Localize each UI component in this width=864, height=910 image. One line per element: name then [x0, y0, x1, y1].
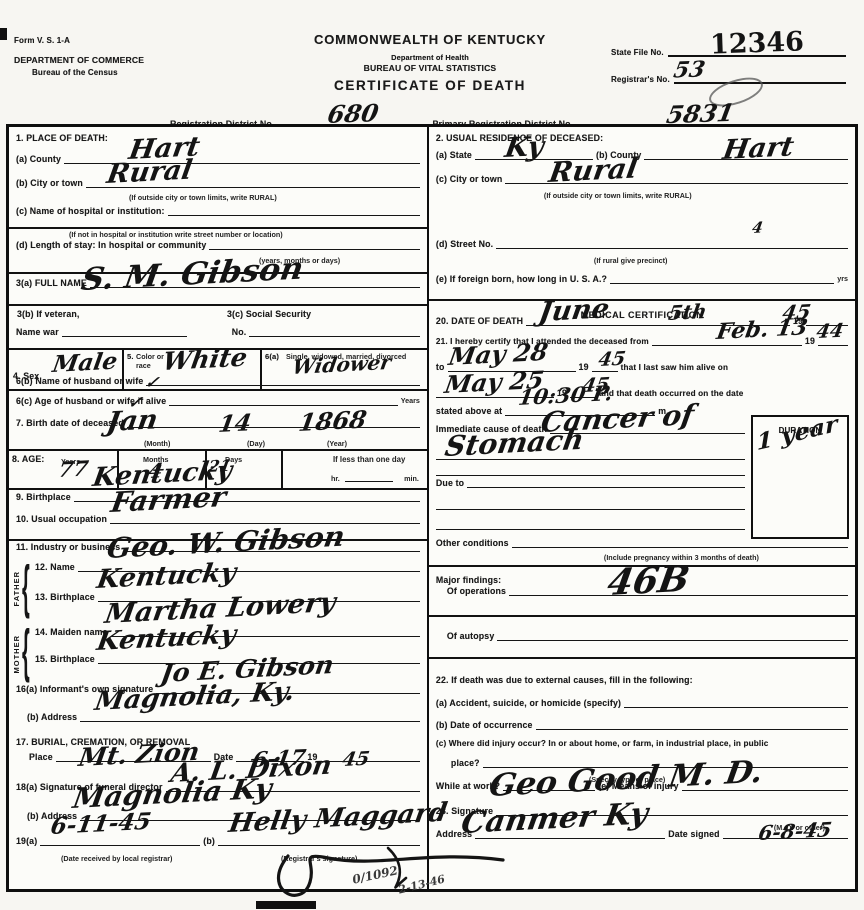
- accident-label: (a) Accident, suicide, or homicide (spec…: [436, 698, 621, 708]
- certify-text-3: and that death occurred on the date: [599, 389, 743, 398]
- department-of-health: Department of Health: [250, 53, 610, 62]
- hw-check-6b: ✓: [144, 374, 160, 391]
- hr-label: hr.: [331, 474, 340, 483]
- rural-note: (If outside city or town limits, write R…: [129, 193, 277, 202]
- husband-wife-label: 6(b) Name of husband or wife: [16, 376, 143, 386]
- duration-box: DURATION 1 year: [751, 415, 849, 539]
- street-no-label: (d) Street No.: [436, 239, 493, 249]
- informant-address-label: (b) Address: [27, 712, 77, 722]
- state-file-label: State File No.: [611, 48, 664, 57]
- row-2d: (d) Street No.: [436, 238, 848, 249]
- other-conditions-label: Other conditions: [436, 538, 509, 548]
- hw-operations-finding: 46B: [605, 561, 692, 601]
- hw-attended-from: Feb. 13: [715, 316, 809, 343]
- row-22b: (b) Date of occurrence: [436, 719, 848, 730]
- res-city-label: (c) City or town: [436, 174, 502, 184]
- row-22-title: 22. If death was due to external causes,…: [436, 675, 848, 685]
- burial-place-label: Place: [29, 752, 53, 762]
- color-race-no: 5.: [127, 352, 134, 361]
- foreign-born-label: (e) If foreign born, how long in U. S. A…: [436, 274, 607, 284]
- hw-res-county: Hart: [721, 133, 796, 164]
- hospital-label: (c) Name of hospital or institution:: [16, 206, 165, 216]
- row-16b: (b) Address: [27, 711, 420, 722]
- row-due: Due to: [436, 477, 745, 488]
- row-1b: (b) City or town: [16, 177, 420, 188]
- certify-to-label: to: [436, 362, 445, 372]
- row-due-2: [436, 499, 745, 510]
- mother-brace: {: [22, 621, 30, 688]
- row-1-title: 1. PLACE OF DEATH:: [16, 133, 420, 143]
- hw-death-month: June: [537, 295, 611, 326]
- hw-burial-year: 45: [341, 750, 371, 770]
- birthplace-label: 9. Birthplace: [16, 492, 71, 502]
- bureau-of-census: Bureau of the Census: [32, 68, 144, 77]
- death-certificate: Form V. S. 1-A DEPARTMENT OF COMMERCE Bu…: [0, 0, 864, 910]
- row19a-label: 19(a): [16, 836, 37, 846]
- hw-city: Rural: [105, 157, 194, 188]
- occupation-label: 10. Usual occupation: [16, 514, 107, 524]
- date-received-note: (Date received by local registrar): [61, 854, 172, 863]
- row-autopsy: Of autopsy: [447, 630, 848, 641]
- form-number: Form V. S. 1-A: [14, 36, 144, 45]
- father-birthplace-label: 13. Birthplace: [35, 592, 95, 602]
- row-cause-3: [436, 465, 745, 476]
- registrar-no-row: Registrar's No. 53: [611, 59, 846, 84]
- full-name-label: 3(a) FULL NAME: [16, 278, 87, 288]
- row-2d-note: (If rural give precinct): [594, 256, 848, 265]
- hw-full-name: S. M. Gibson: [79, 254, 305, 296]
- length-of-stay-label: (d) Length of stay: In hospital or commu…: [16, 240, 206, 250]
- injury-where-label: (c) Where did injury occur? In or about …: [436, 739, 769, 748]
- bureau-vital-statistics: BUREAU OF VITAL STATISTICS: [250, 63, 610, 73]
- date-signed-label: Date signed: [668, 829, 720, 839]
- year-note: (Year): [327, 439, 347, 448]
- hw-marital: Widower: [291, 352, 393, 377]
- left-column: 1. PLACE OF DEATH: (a) County (b) City o…: [9, 127, 429, 889]
- res-rural-note: (If outside city or town limits, write R…: [544, 191, 692, 200]
- hw-birth-year: 1868: [297, 408, 368, 435]
- right-column: 2. USUAL RESIDENCE OF DECEASED: (a) Stat…: [429, 127, 855, 889]
- signature-flourish: [268, 838, 518, 908]
- min-label: min.: [404, 474, 419, 483]
- hw-date-signed: 6-8-45: [757, 819, 833, 843]
- date-of-death-label: 20. DATE OF DEATH: [436, 316, 523, 326]
- of-autopsy-label: Of autopsy: [447, 631, 494, 641]
- hw-age-years: 77: [57, 457, 90, 480]
- hw-occupation: Farmer: [109, 483, 228, 517]
- row-2c-note: (If outside city or town limits, write R…: [544, 191, 848, 200]
- row-1d: (d) Length of stay: In hospital or commu…: [16, 239, 420, 250]
- father-brace: {: [22, 557, 30, 624]
- hw-res-state: Ky: [503, 133, 546, 162]
- major-findings-label: Major findings:: [436, 575, 501, 585]
- header-center: COMMONWEALTH OF KENTUCKY Department of H…: [250, 32, 610, 93]
- row-10: 10. Usual occupation: [16, 513, 420, 524]
- department-of-commerce: DEPARTMENT OF COMMERCE: [14, 55, 144, 65]
- scan-artifact-corner: [0, 28, 7, 40]
- city-label: (b) City or town: [16, 178, 83, 188]
- mother-name-label: 14. Maiden name: [35, 627, 108, 637]
- header-right: State File No. 12346 Registrar's No. 53: [611, 28, 846, 84]
- day-note: (Day): [247, 439, 265, 448]
- state-file-row: State File No. 12346: [611, 28, 846, 57]
- hw-director-address: Magnolia Ky: [71, 775, 274, 813]
- row19b-label: (b): [203, 836, 215, 846]
- place-of-death-title: 1. PLACE OF DEATH:: [16, 133, 108, 143]
- row-3b-3c: Name war No.: [16, 326, 420, 337]
- header-left: Form V. S. 1-A DEPARTMENT OF COMMERCE Bu…: [14, 36, 144, 77]
- hw-sex: Male: [51, 350, 119, 376]
- form-body: 1. PLACE OF DEATH: (a) County (b) City o…: [6, 124, 858, 892]
- row-street-note: (If not in hospital or institution write…: [69, 230, 420, 239]
- row-22c-text: (c) Where did injury occur? In or about …: [436, 739, 848, 748]
- hw-registrar-signature: Helly Maggard: [227, 800, 449, 837]
- hw-duration: 1 year: [756, 413, 838, 454]
- social-security-label: 3(c) Social Security: [227, 309, 311, 319]
- injury-place-label: place?: [451, 758, 480, 768]
- hw-birth-month: Jan: [105, 406, 160, 436]
- month-note: (Month): [144, 439, 170, 448]
- hw-mother-birthplace: Kentucky: [95, 622, 238, 655]
- industry-label: 11. Industry or business: [16, 542, 120, 552]
- of-operations-label: Of operations: [447, 586, 506, 596]
- row-2e: (e) If foreign born, how long in U. S. A…: [436, 273, 848, 284]
- hw-father-name: Geo. W. Gibson: [105, 523, 347, 563]
- father-name-label: 12. Name: [35, 562, 75, 572]
- years-unit-label: Years: [401, 396, 420, 405]
- mother-side-label: MOTHER: [10, 635, 22, 685]
- certify-year1-prefix: 19: [805, 336, 815, 346]
- less-than-day-label: If less than one day: [333, 455, 405, 464]
- name-war-label: Name war: [16, 327, 59, 337]
- row-1c: (c) Name of hospital or institution:: [16, 205, 420, 216]
- hw-attended-to-year: 45: [597, 350, 627, 370]
- precinct-note: (If rural give precinct): [594, 256, 668, 265]
- hw-cause-2: Stomach: [443, 426, 586, 461]
- hw-res-city: Rural: [547, 154, 640, 187]
- row-1a: (a) County: [16, 153, 420, 164]
- certify-text-2: that I last saw him alive on: [621, 363, 728, 372]
- state-label: (a) State: [436, 150, 472, 160]
- hw-race: White: [161, 345, 249, 374]
- row-17-title: 17. BURIAL, CREMATION, OR REMOVAL: [16, 737, 420, 747]
- registrar-no-label: Registrar's No.: [611, 75, 670, 84]
- street-note: (If not in hospital or institution write…: [69, 230, 283, 239]
- state-file-number: 12346: [709, 28, 804, 58]
- hw-birth-day: 14: [217, 411, 253, 436]
- if-veteran-label: 3(b) If veteran,: [17, 309, 80, 319]
- hw-attended-from-year: 44: [815, 322, 845, 342]
- yrs-unit-label: yrs: [837, 274, 848, 283]
- due-to-label: Due to: [436, 478, 464, 488]
- row-22a: (a) Accident, suicide, or homicide (spec…: [436, 697, 848, 708]
- row-1b-note: (If outside city or town limits, write R…: [129, 193, 420, 202]
- certify-year2-prefix: 19: [579, 362, 589, 372]
- hw-death-day: 5th: [667, 301, 708, 323]
- registrar-number: 53: [672, 58, 707, 81]
- age-label: 8. AGE:: [12, 454, 45, 464]
- hw-precinct-mark: 4: [751, 220, 764, 236]
- row-2c: (c) City or town: [436, 173, 848, 184]
- certificate-title: CERTIFICATE OF DEATH: [250, 78, 610, 93]
- county-label: (a) County: [16, 154, 61, 164]
- father-side-label: FATHER: [10, 571, 22, 621]
- commonwealth-title: COMMONWEALTH OF KENTUCKY: [250, 32, 610, 47]
- registration-district-number: 680: [326, 101, 381, 127]
- marital-no: 6(a): [265, 352, 279, 361]
- hw-father-birthplace: Kentucky: [95, 560, 238, 593]
- ss-no-label: No.: [232, 327, 247, 337]
- mother-birthplace-label: 15. Birthplace: [35, 654, 95, 664]
- occurrence-label: (b) Date of occurrence: [436, 720, 533, 730]
- hw-date-received: 6-11-45: [49, 810, 153, 838]
- external-causes-title: 22. If death was due to external causes,…: [436, 675, 693, 685]
- row-due-3: [436, 519, 745, 530]
- stated-above-label: stated above at: [436, 406, 502, 416]
